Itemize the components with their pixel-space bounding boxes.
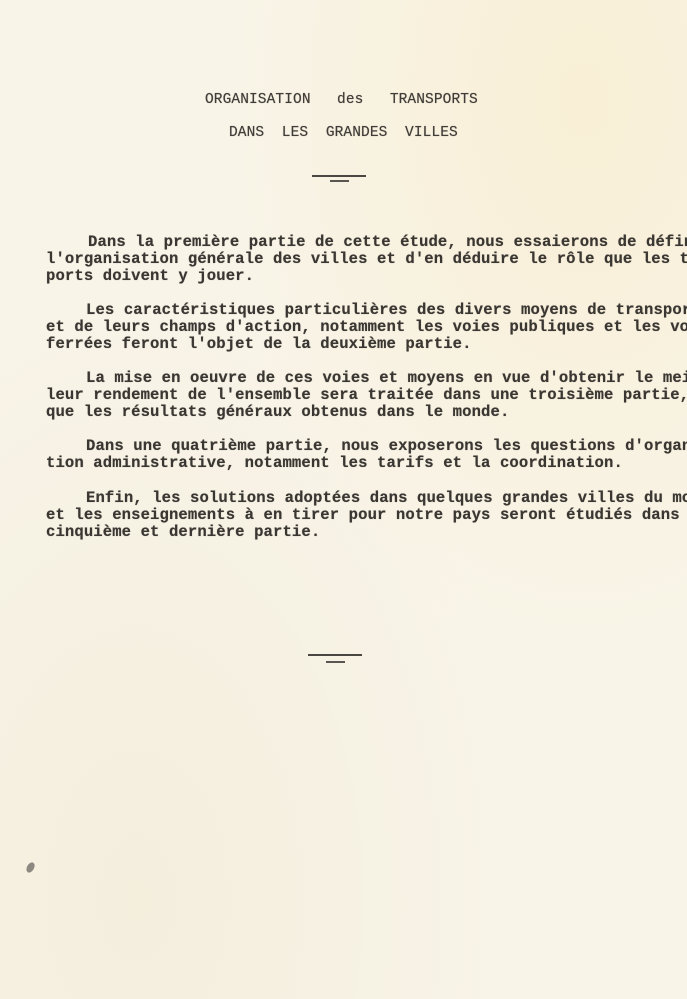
closing-divider-underline [326,661,345,663]
paragraph-line: Enfin, les solutions adoptées dans quelq… [86,489,687,507]
title-line-2: DANS LES GRANDES VILLES [229,125,458,141]
document-page: ORGANISATION des TRANSPORTS DANS LES GRA… [0,0,687,999]
paragraph-line: ports doivent y jouer. [46,267,254,285]
title-divider-underline [330,180,349,182]
paragraph-line: La mise en oeuvre de ces voies et moyens… [86,369,687,387]
paragraph-line: ferrées feront l'objet de la deuxième pa… [46,335,472,353]
paragraph-line: et les enseignements à en tirer pour not… [46,506,687,524]
title-divider [312,175,366,177]
ink-smudge [25,861,37,874]
paragraph-line: Les caractéristiques particulières des d… [86,301,687,319]
paragraph-line: Dans une quatrième partie, nous exposero… [86,437,687,455]
title-line-1: ORGANISATION des TRANSPORTS [205,92,478,108]
closing-divider [308,654,362,656]
paragraph-line: leur rendement de l'ensemble sera traité… [46,386,687,404]
paragraph-line: tion administrative, notamment les tarif… [46,454,623,472]
paragraph-line: cinquième et dernière partie. [46,523,320,541]
paragraph-line: que les résultats généraux obtenus dans … [46,403,509,421]
paragraph-line: et de leurs champs d'action, notamment l… [46,318,687,336]
paragraph-line: Dans la première partie de cette étude, … [88,233,687,251]
paragraph-line: l'organisation générale des villes et d'… [46,250,687,268]
